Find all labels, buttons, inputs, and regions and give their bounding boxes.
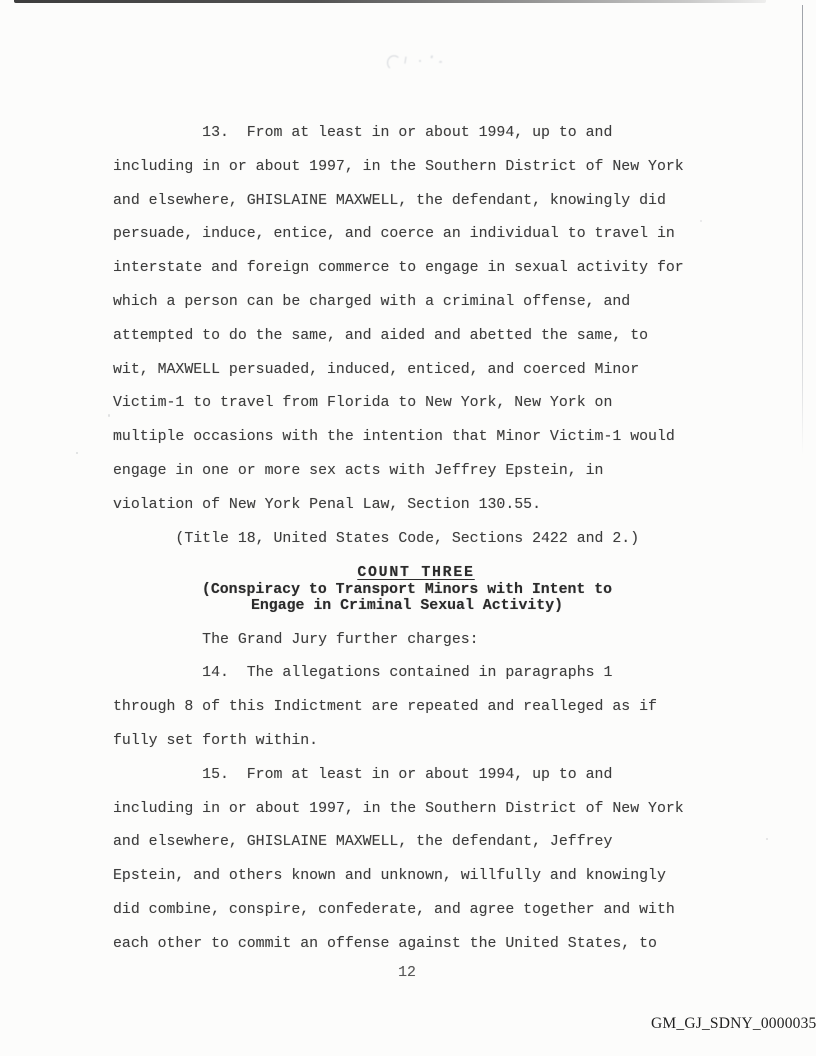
text-line: The Grand Jury further charges: (113, 624, 701, 658)
text-line: 13. From at least in or about 1994, up t… (113, 117, 701, 151)
count-heading: COUNT THREE (122, 565, 710, 582)
text-line: 15. From at least in or about 1994, up t… (113, 759, 701, 793)
scan-artifact-right-line (802, 5, 803, 455)
paper-speck (766, 838, 768, 840)
text-line: did combine, conspire, confederate, and … (113, 894, 701, 928)
text-line: which a person can be charged with a cri… (113, 286, 701, 320)
text-line: interstate and foreign commerce to engag… (113, 252, 701, 286)
text-line: Epstein, and others known and unknown, w… (113, 860, 701, 894)
document-page: 13. From at least in or about 1994, up t… (0, 0, 816, 1056)
text-line: (Title 18, United States Code, Sections … (113, 523, 701, 557)
count-subheading: (Conspiracy to Transport Minors with Int… (113, 582, 701, 599)
text-line: violation of New York Penal Law, Section… (113, 489, 701, 523)
text-line: fully set forth within. (113, 725, 701, 759)
text-line: and elsewhere, GHISLAINE MAXWELL, the de… (113, 185, 701, 219)
text-line: engage in one or more sex acts with Jeff… (113, 455, 701, 489)
text-line: through 8 of this Indictment are repeate… (113, 691, 701, 725)
text-line: Victim-1 to travel from Florida to New Y… (113, 387, 701, 421)
smudge-mark (380, 45, 457, 77)
text-line: including in or about 1997, in the South… (113, 793, 701, 827)
text-line: wit, MAXWELL persuaded, induced, enticed… (113, 354, 701, 388)
bates-number: GM_GJ_SDNY_00000357 (651, 1015, 816, 1033)
text-line: including in or about 1997, in the South… (113, 151, 701, 185)
text-line: persuade, induce, entice, and coerce an … (113, 218, 701, 252)
paper-speck (108, 414, 110, 417)
text-line: attempted to do the same, and aided and … (113, 320, 701, 354)
document-lines: 13. From at least in or about 1994, up t… (113, 117, 701, 962)
text-line: each other to commit an offense against … (113, 928, 701, 962)
page-number: 12 (113, 965, 701, 981)
text-line: 14. The allegations contained in paragra… (113, 657, 701, 691)
text-line: multiple occasions with the intention th… (113, 421, 701, 455)
count-subheading: Engage in Criminal Sexual Activity) (113, 598, 701, 615)
paper-speck (76, 452, 78, 454)
text-line: and elsewhere, GHISLAINE MAXWELL, the de… (113, 826, 701, 860)
scan-artifact-top-edge (14, 0, 766, 3)
